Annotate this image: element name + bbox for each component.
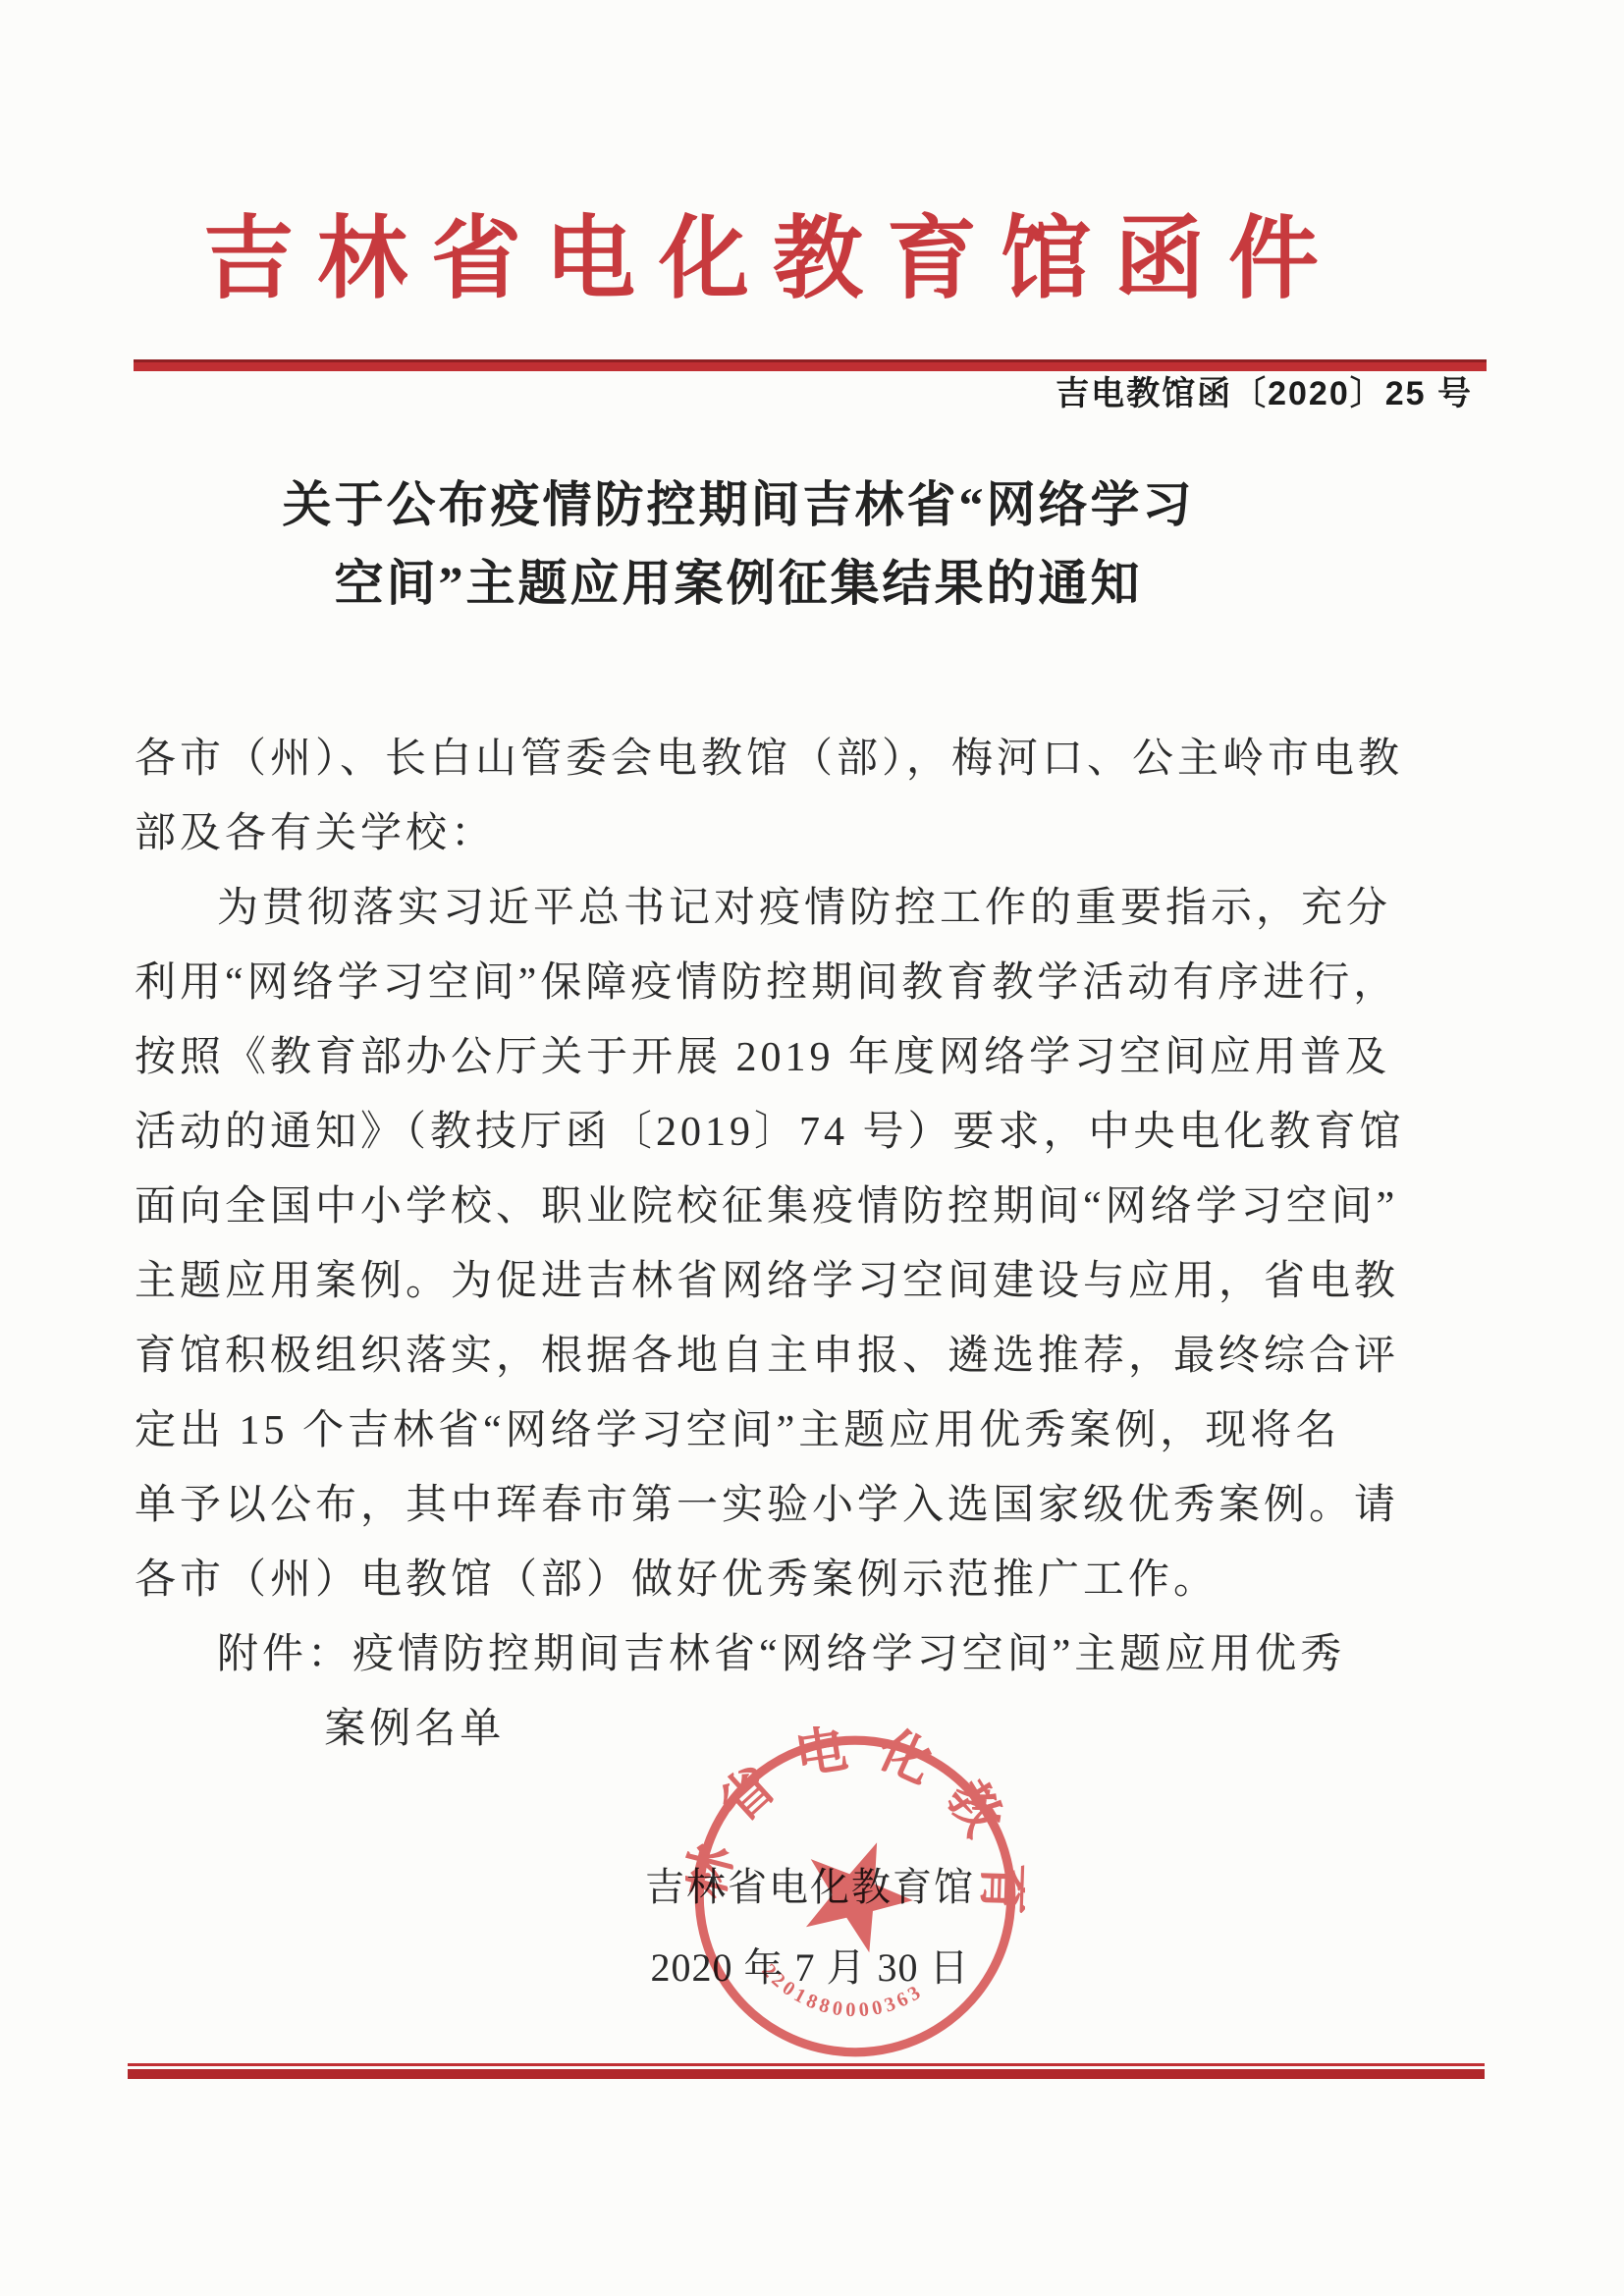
body-line: 育馆积极组织落实，根据各地自主申报、遴选推荐，最终综合评 xyxy=(135,1319,1491,1394)
signature-org: 吉林省电化教育馆 xyxy=(589,1864,1031,1911)
letterhead-divider-rule xyxy=(134,359,1487,371)
body-line: 面向全国中小学校、职业院校征集疫情防控期间“网络学习空间” xyxy=(135,1170,1491,1244)
body-line: 各市（州）、长白山管委会电教馆（部），梅河口、公主岭市电教 xyxy=(135,722,1491,796)
rule-thick-line xyxy=(134,362,1487,371)
body-text: 各市（州）、长白山管委会电教馆（部），梅河口、公主岭市电教部及各有关学校：为贯彻… xyxy=(135,722,1491,1767)
body-line: 各市（州）电教馆（部）做好优秀案例示范推广工作。 xyxy=(135,1543,1491,1617)
footer-rule xyxy=(128,2063,1485,2079)
body-line: 按照《教育部办公厅关于开展 2019 年度网络学习空间应用普及 xyxy=(135,1020,1491,1095)
body-line: 为贯彻落实习近平总书记对疫情防控工作的重要指示，充分 xyxy=(135,871,1491,946)
document-number: 吉电教馆函〔2020〕25 号 xyxy=(1056,374,1473,413)
body-line: 附件：疫情防控期间吉林省“网络学习空间”主题应用优秀 xyxy=(135,1617,1491,1692)
signature-date: 2020 年 7 月 30 日 xyxy=(589,1944,1031,1992)
notice-title: 关于公布疫情防控期间吉林省“网络学习 空间”主题应用案例征集结果的通知 xyxy=(0,465,1550,623)
notice-title-line-2: 空间”主题应用案例征集结果的通知 xyxy=(0,544,1550,623)
body-line: 利用“网络学习空间”保障疫情防控期间教育教学活动有序进行， xyxy=(135,946,1491,1020)
body-line: 案例名单 xyxy=(135,1692,1491,1767)
body-line: 定出 15 个吉林省“网络学习空间”主题应用优秀案例，现将名 xyxy=(135,1394,1491,1468)
body-line: 活动的通知》（教技厅函〔2019〕74 号）要求，中央电化教育馆 xyxy=(135,1095,1491,1170)
body-line: 单予以公布，其中珲春市第一实验小学入选国家级优秀案例。请 xyxy=(135,1468,1491,1543)
body-line: 主题应用案例。为促进吉林省网络学习空间建设与应用，省电教 xyxy=(135,1244,1491,1319)
rule-thick-line xyxy=(128,2069,1485,2079)
scanned-official-letter: 吉林省电化教育馆函件 吉电教馆函〔2020〕25 号 关于公布疫情防控期间吉林省… xyxy=(0,0,1624,2296)
notice-title-line-1: 关于公布疫情防控期间吉林省“网络学习 xyxy=(0,465,1550,544)
letterhead-title: 吉林省电化教育馆函件 xyxy=(0,208,1585,310)
body-line: 部及各有关学校： xyxy=(135,796,1491,871)
signature-block: 吉林省电化教育馆 2020 年 7 月 30 日 xyxy=(589,1864,1031,1992)
